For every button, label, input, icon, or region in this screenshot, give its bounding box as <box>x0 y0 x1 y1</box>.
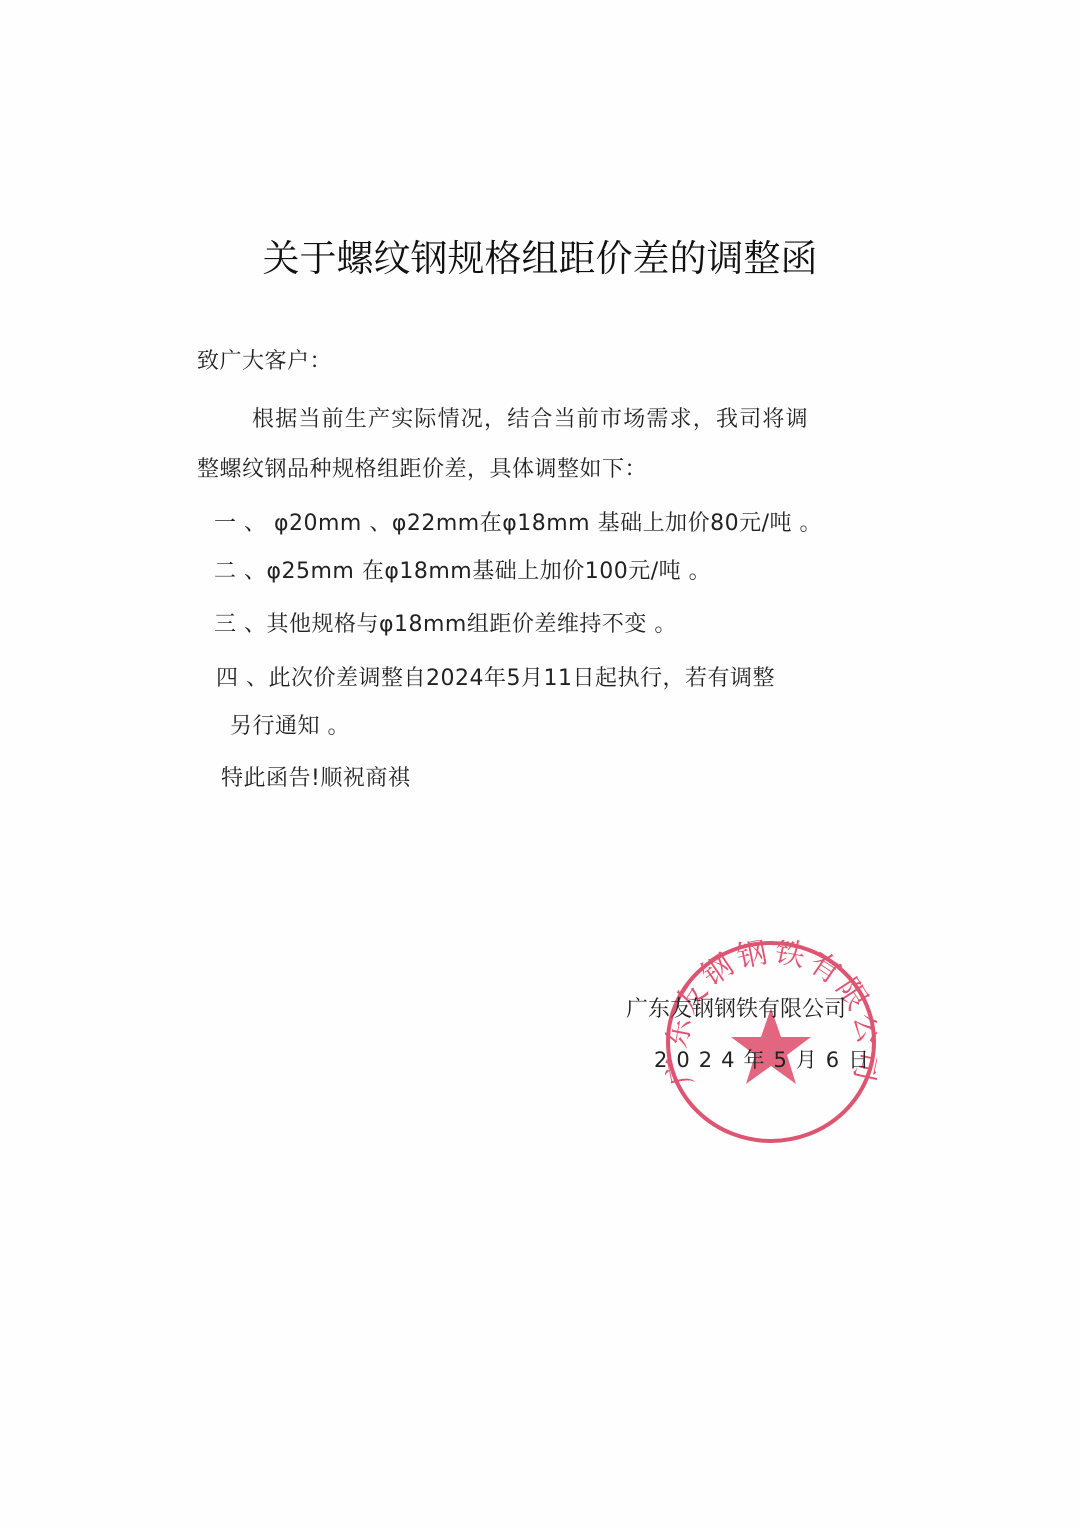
salutation: 致广大客户： <box>197 344 332 375</box>
seal-graphic: 广东友钢钢铁有限公司 <box>665 940 877 1144</box>
document-page: 关于螺纹钢规格组距价差的调整函 致广大客户： 根据当前生产实际情况，结合当前市场… <box>0 0 1080 1529</box>
list-item: 一 、 φ20mm 、φ22mm在φ18mm 基础上加价80元/吨 。 <box>214 506 822 537</box>
company-seal: 广东友钢钢铁有限公司 <box>665 940 877 1144</box>
body-paragraph-line-2: 整螺纹钢品种规格组距价差，具体调整如下： <box>197 452 647 483</box>
list-item: 四 、此次价差调整自2024年5月11日起执行，若有调整 <box>216 661 775 692</box>
closing-remark: 特此函告!顺祝商祺 <box>221 761 410 792</box>
list-item-continuation: 另行通知 。 <box>230 709 350 740</box>
document-title: 关于螺纹钢规格组距价差的调整函 <box>0 228 1080 282</box>
list-item: 二 、φ25mm 在φ18mm基础上加价100元/吨 。 <box>214 554 711 585</box>
signature-company: 广东友钢钢铁有限公司 <box>626 992 846 1023</box>
list-item: 三 、其他规格与φ18mm组距价差维持不变 。 <box>214 607 677 638</box>
body-paragraph-line-1: 根据当前生产实际情况，结合当前市场需求，我司将调 <box>252 402 809 433</box>
signature-date: 2024年5月6日 <box>654 1044 878 1074</box>
